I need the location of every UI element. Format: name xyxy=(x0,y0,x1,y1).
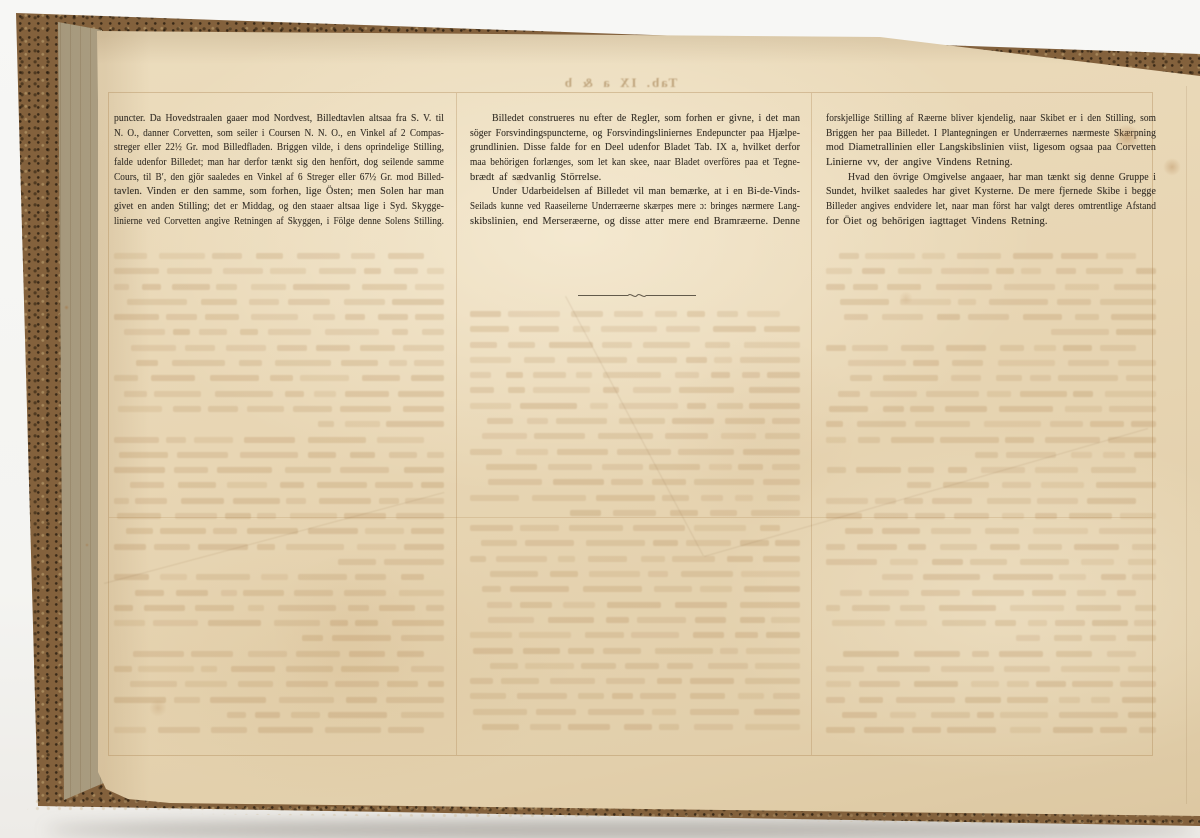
showthrough-text xyxy=(0,0,1200,838)
scanned-book-photo: Tab. IX a & b puncter. Da Hovedstraalen … xyxy=(0,0,1200,838)
showthrough-column xyxy=(826,248,1156,738)
page-content: Tab. IX a & b puncter. Da Hovedstraalen … xyxy=(0,0,1200,838)
showthrough-column xyxy=(114,248,444,738)
showthrough-column xyxy=(470,306,800,734)
